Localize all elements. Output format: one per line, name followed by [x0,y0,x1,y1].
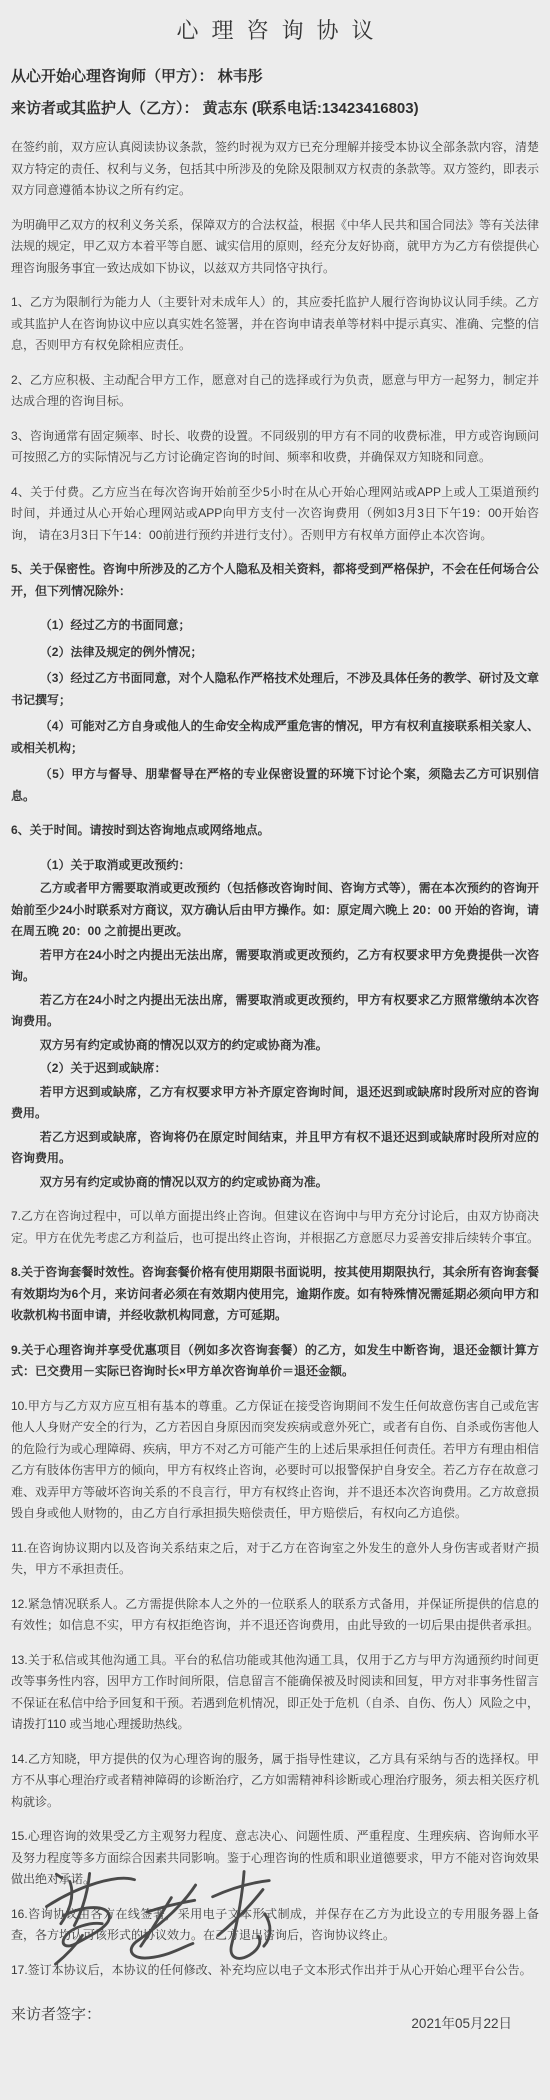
clause-subitem: （2）法律及规定的例外情况； [11,642,539,664]
clause-subitem: （2）关于迟到或缺席： [11,1058,539,1080]
clause-paragraph: 7.乙方在咨询过程中，可以单方面提出终止咨询。但建议在咨询中与甲方充分讨论后，由… [11,1206,539,1249]
clause-subitem: （5）甲方与督导、朋辈督导在严格的专业保密设置的环境下讨论个案，须隐去乙方可识别… [11,764,539,807]
clause-subitem: （3）经过乙方书面同意，对个人隐私作严格技术处理后，不涉及具体任务的教学、研讨及… [11,668,539,711]
clause-subitem: （4）可能对乙方自身或他人的生命安全构成严重危害的情况，甲方有权利直接联系相关家… [11,716,539,759]
clause-paragraph: 3、咨询通常有固定频率、时长、收费的设置。不同级别的甲方有不同的收费标准，甲方或… [11,426,539,469]
clause-paragraph: 11.在咨询协议期内以及咨询关系结束之后，对于乙方在咨询室之外发生的意外人身伤害… [11,1538,539,1581]
clause-subitem: 若甲方迟到或缺席，乙方有权要求甲方补齐原定咨询时间，退还迟到或缺席时段所对应的咨… [11,1082,539,1125]
clause-paragraph: 10.甲方与乙方双方应互相有基本的尊重。乙方保证在接受咨询期间不发生任何故意伤害… [11,1396,539,1525]
clause-subitem: 乙方或者甲方需要取消或更改预约（包括修改咨询时间、咨询方式等），需在本次预约的咨… [11,878,539,943]
party-b-line: 来访者或其监护人（乙方）： 黄志东 (联系电话:13423416803) [11,97,539,121]
clause-paragraph: 6、关于时间。请按时到达咨询地点或网络地点。 [11,820,539,842]
clause-paragraph: 14.乙方知晓，甲方提供的仅为心理咨询的服务，属于指导性建议，乙方具有采纳与否的… [11,1749,539,1814]
visitor-signature-handwriting [42,1860,280,1982]
page-title: 心理咨询协议 [11,14,539,45]
clause-subitem: 双方另有约定或协商的情况以双方的约定或协商为准。 [11,1172,539,1194]
clause-paragraph: 12.紧急情况联系人。乙方需提供除本人之外的一位联系人的联系方式备用，并保证所提… [11,1594,539,1637]
intro-paragraph: 在签约前，双方应认真阅读协议条款，签约时视为双方已充分理解并接受本协议全部条款内… [11,137,539,202]
parties-section: 从心开始心理咨询师（甲方）： 林韦彤 来访者或其监护人（乙方）： 黄志东 (联系… [11,65,539,121]
clause-paragraph: 2、乙方应积极、主动配合甲方工作，愿意对自己的选择或行为负责，愿意与甲方一起努力… [11,370,539,413]
clause-subitem: 双方另有约定或协商的情况以双方的约定或协商为准。 [11,1035,539,1057]
intro-paragraph: 为明确甲乙双方的权利义务关系，保障双方的合法权益，根据《中华人民共和国合同法》等… [11,215,539,280]
party-a-line: 从心开始心理咨询师（甲方）： 林韦彤 [11,65,539,89]
clause-subitem: 若乙方迟到或缺席，咨询将仍在原定时间结束，并且甲方有权不退还迟到或缺席时段所对应… [11,1127,539,1170]
clause-paragraph: 4、关于付费。乙方应当在每次咨询开始前至少5小时在从心开始心理网站或APP上或人… [11,482,539,547]
sign-date: 2021年05月22日 [411,2012,512,2032]
clause-subitem: （1）经过乙方的书面同意； [11,615,539,637]
clause-paragraph: 5、关于保密性。咨询中所涉及的乙方个人隐私及相关资料，都将受到严格保护，不会在任… [11,559,539,602]
signature-strokes [42,1860,280,1982]
clause-subitem: 若甲方在24小时之内提出无法出席，需要取消或更改预约，乙方有权要求甲方免费提供一… [11,945,539,988]
clause-paragraph: 8.关于咨询套餐时效性。咨询套餐价格有使用期限书面说明，按其使用期限执行，其余所… [11,1262,539,1327]
clause-paragraph: 1、乙方为限制行为能力人（主要针对未成年人）的，其应委托监护人履行咨询协议认同手… [11,292,539,357]
clause-subitem: （1）关于取消或更改预约： [11,855,539,877]
clause-paragraph: 9.关于心理咨询并享受优惠项目（例如多次咨询套餐）的乙方，如发生中断咨询，退还金… [11,1340,539,1383]
clause-paragraph: 13.关于私信或其他沟通工具。平台的私信功能或其他沟通工具，仅用于乙方与甲方沟通… [11,1650,539,1736]
clause-subitem: 若乙方在24小时之内提出无法出席，需要取消或更改预约，甲方有权要求乙方照常缴纳本… [11,990,539,1033]
agreement-document: 心理咨询协议 从心开始心理咨询师（甲方）： 林韦彤 来访者或其监护人（乙方）： … [0,0,550,2100]
